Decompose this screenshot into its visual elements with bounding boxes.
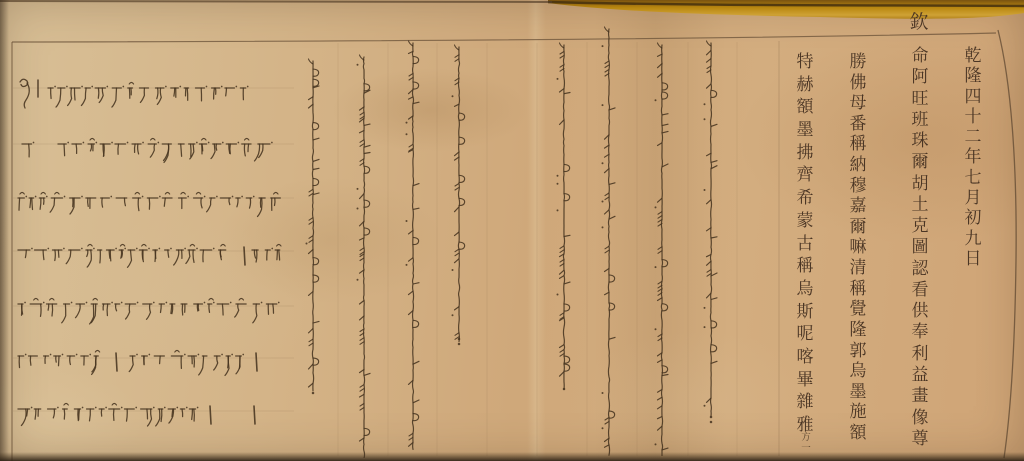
manchu-column-2 [351,52,377,458]
chinese-date-column: 乾隆四十二年七月初九日 [960,48,986,268]
tibetan-line-7 [14,395,300,441]
tibetan-line-2 [14,130,300,176]
chinese-column-3: 特赫額墨拂齊希蒙古稱烏斯呢喀畢雜雅 [792,54,818,434]
tibetan-line-5 [14,290,300,336]
manuscript-page: 欽 命阿旺班珠爾胡土克圖認看供奉利益畫像尊 勝佛母番稱納穆嘉爾嘛清稱覺隆郭烏墨施… [0,0,1024,461]
chinese-column-1-body: 命阿旺班珠爾胡土克圖認看供奉利益畫像尊 [907,48,933,448]
chinese-column-2: 勝佛母番稱納穆嘉爾嘛清稱覺隆郭烏墨施額 [845,54,871,442]
bottom-edge-shadow [0,452,1024,461]
paper-top-edge [0,1,552,2]
tibetan-line-1 [14,74,300,120]
right-border-curve [998,30,1016,458]
manchu-column-7 [649,40,675,456]
raised-honorific-qin: 欽 [906,13,932,32]
manchu-column-1 [300,56,326,402]
left-edge-shadow [0,0,9,461]
manchu-column-4 [446,42,472,348]
tibetan-line-6 [14,342,300,388]
manchu-column-8 [698,38,724,426]
tibetan-line-4 [14,236,300,282]
manchu-column-6 [596,24,622,458]
top-rule-line [12,33,996,42]
faint-column-rules [338,42,737,456]
folio-footnote-mark: 方一 [797,433,815,455]
manchu-column-5 [551,40,577,398]
manchu-column-3 [400,38,426,454]
tibetan-line-3 [14,184,300,230]
